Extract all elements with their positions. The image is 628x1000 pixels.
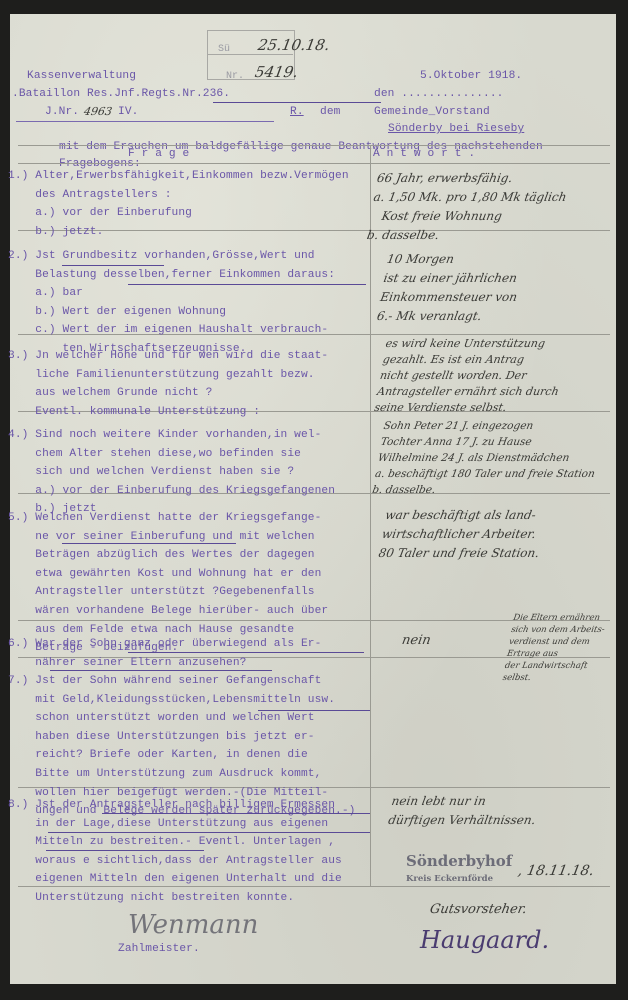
answer-6-note: Die Eltern ernähren sich von dem Arbeits… bbox=[502, 612, 608, 684]
table-rule-header bbox=[18, 163, 610, 164]
answer-4: Sohn Peter 21 J. eingezogen Tochter Anna… bbox=[371, 418, 605, 498]
answer-2: 10 Morgen ist zu einer jährlichen Einkom… bbox=[375, 250, 525, 326]
journal-suffix: IV. bbox=[118, 103, 138, 122]
answer-8: nein lebt nur in dürftigen Verhältnissen… bbox=[387, 792, 541, 830]
q8-underline-c bbox=[46, 850, 204, 851]
receipt-date: 25.10.18. bbox=[256, 36, 331, 55]
question-6: 6.) War der Sohn ganz oder überwiegend a… bbox=[8, 635, 321, 672]
q8-underline-a bbox=[102, 813, 370, 814]
paymaster-title: Zahlmeister. bbox=[118, 940, 200, 959]
journal-prefix: J.Nr. bbox=[45, 103, 79, 122]
column-header-question: F r a g e bbox=[128, 145, 189, 164]
den-line: den ............... bbox=[374, 85, 503, 104]
receipt-stamp-nr-label: Nr. bbox=[226, 71, 244, 82]
question-4: 4.) Sind noch weitere Kinder vorhanden,i… bbox=[8, 426, 335, 519]
question-3: 3.) Jn welcher Höhe und für wen wird die… bbox=[8, 347, 328, 421]
battalion-name: .Bataillon Res.Jnf.Regts.Nr.236. bbox=[12, 85, 230, 104]
table-rule-top bbox=[18, 145, 610, 146]
answer-3: es wird keine Unterstützung gezahlt. Es … bbox=[373, 336, 568, 416]
recipient-dem: dem bbox=[320, 103, 340, 122]
q2-underline-a bbox=[62, 265, 164, 266]
receipt-number: 5419. bbox=[253, 63, 299, 82]
letter-date: 5.Oktober 1918. bbox=[420, 67, 522, 86]
q2-underline-b bbox=[128, 284, 366, 285]
paymaster-signature: Wenmann bbox=[128, 910, 258, 940]
question-1: 1.) Alter,Erwerbsfähigkeit,Einkommen bez… bbox=[8, 167, 349, 241]
answer-1: 66 Jahr, erwerbsfähig. a. 1,50 Mk. pro 1… bbox=[365, 169, 571, 245]
q6-underline-b bbox=[50, 670, 272, 671]
place-stamp-district: Kreis Eckernförde bbox=[406, 874, 493, 884]
recipient-line1: Gemeinde_Vorstand bbox=[374, 103, 490, 122]
place-stamp-name: Sönderbyhof bbox=[406, 852, 512, 870]
official-title: Gutsvorsteher. bbox=[428, 900, 528, 919]
q6-underline-a bbox=[128, 652, 364, 653]
office-name: Kassenverwaltung bbox=[27, 67, 136, 86]
q5-underline bbox=[62, 543, 236, 544]
recipient-line2: Sönderby bei Rieseby bbox=[388, 120, 524, 139]
q7-underline bbox=[258, 710, 370, 711]
journal-number: 4963 bbox=[82, 102, 113, 121]
document-page: Sü Nr. 25.10.18. 5419. Kassenverwaltung … bbox=[10, 14, 616, 984]
journal-underline bbox=[16, 121, 274, 122]
column-header-answer: A n t w o r t . bbox=[373, 145, 475, 164]
answer-5: war beschäftigt als land- wirtschaftlich… bbox=[377, 506, 547, 563]
recipient-prefix: R. bbox=[290, 103, 304, 122]
place-date: , 18.11.18. bbox=[516, 862, 595, 881]
official-signature: Haugaard. bbox=[420, 926, 549, 954]
answer-6: nein bbox=[400, 631, 432, 650]
question-2: 2.) Jst Grundbesitz vorhanden,Grösse,Wer… bbox=[8, 247, 335, 359]
table-column-divider bbox=[370, 145, 371, 887]
receipt-stamp-label: Sü bbox=[218, 44, 230, 55]
q8-underline-b bbox=[48, 832, 370, 833]
